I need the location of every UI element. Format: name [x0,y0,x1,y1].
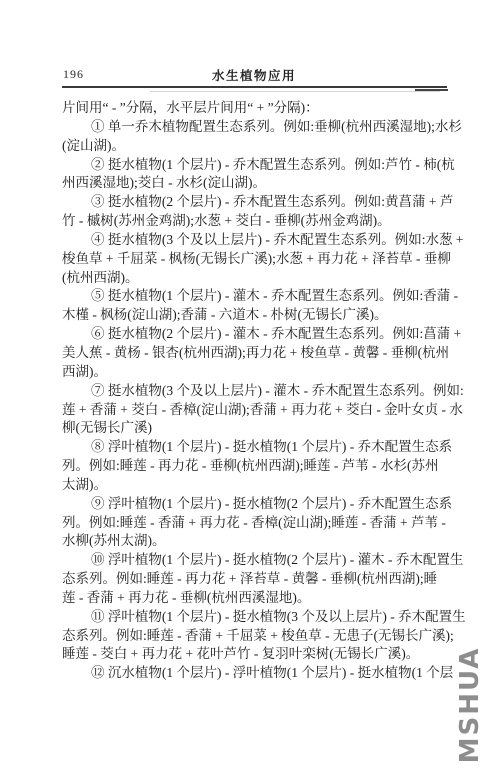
text-line: ② 挺水植物(1 个层片) - 乔木配置生态系列。例如:芦竹 - 柿(杭 [62,156,448,175]
text-line: 竹 - 槭树(苏州金鸡湖);水葱 + 茭白 - 垂柳(苏州金鸡湖)。 [62,212,448,231]
text-line: ① 单一乔木植物配置生态系列。例如:垂柳(杭州西溪湿地);水杉 [62,118,448,137]
header-title: 水生植物应用 [62,66,446,84]
text-line: ⑪ 浮叶植物(1 个层片) - 挺水植物(3 个及以上层片) - 乔木配置生 [62,608,448,627]
text-line: 水柳(苏州太湖)。 [62,532,448,551]
text-line: 列。例如:睡莲 - 再力花 - 垂柳(杭州西湖);睡莲 - 芦苇 - 水杉(苏州 [62,457,448,476]
text-line: 睡莲 - 茭白 + 再力花 + 花叶芦竹 - 复羽叶栾树(无锡长广溪)。 [62,645,448,664]
text-line: 州西溪湿地);茭白 - 水杉(淀山湖)。 [62,174,448,193]
header-divider [62,86,447,88]
text-line: ③ 挺水植物(2 个层片) - 乔木配置生态系列。例如:黄菖蒲 + 芦 [62,193,448,212]
text-line: 莲 - 香蒲 + 再力花 - 垂柳(杭州西溪湿地)。 [62,589,448,608]
text-line: 太湖)。 [62,476,448,495]
text-line: ⑫ 沉水植物(1 个层片) - 浮叶植物(1 个层片) - 挺水植物(1 个层 [62,664,448,683]
text-line: 莲 + 香蒲 + 茭白 - 香樟(淀山湖);香蒲 + 再力花 + 茭白 - 金叶… [62,401,448,420]
text-line: 梭鱼草 + 千屈菜 - 枫杨(无锡长广溪);水葱 + 再力花 + 泽苔草 - 垂… [62,250,448,269]
watermark: MSHUA [455,647,485,764]
text-line: ⑤ 挺水植物(1 个层片) - 灌木 - 乔木配置生态系列。例如:香蒲 - [62,287,448,306]
text-line: ⑥ 挺水植物(2 个层片) - 灌木 - 乔木配置生态系列。例如:菖蒲 + [62,325,448,344]
text-line: ⑦ 挺水植物(3 个及以上层片) - 灌木 - 乔木配置生态系列。例如: [62,382,448,401]
text-line: ④ 挺水植物(3 个及以上层片) - 乔木配置生态系列。例如:水葱 + [62,231,448,250]
text-line: 态系列。例如:睡莲 - 香蒲 + 千屈菜 + 梭鱼草 - 无患子(无锡长广溪); [62,627,448,646]
book-page: 196 水生植物应用 片间用“ - ”分隔，水平层片间用“ + ”分隔)：① 单… [0,0,492,770]
text-line: 片间用“ - ”分隔，水平层片间用“ + ”分隔)： [62,99,448,118]
header-divider-faint [150,91,440,92]
text-line: (杭州西湖)。 [62,269,448,288]
text-line: 西湖)。 [62,363,448,382]
text-line: ⑧ 浮叶植物(1 个层片) - 挺水植物(1 个层片) - 乔木配置生态系 [62,438,448,457]
body-text: 片间用“ - ”分隔，水平层片间用“ + ”分隔)：① 单一乔木植物配置生态系列… [62,99,448,683]
header-divider-dash [415,89,448,91]
text-line: ⑨ 浮叶植物(1 个层片) - 挺水植物(2 个层片) - 乔木配置生态系 [62,495,448,514]
text-line: 柳(无锡长广溪) [62,419,448,438]
text-line: 美人蕉 - 黄杨 - 银杏(杭州西湖);再力花 + 梭鱼草 - 黄馨 - 垂柳(… [62,344,448,363]
text-line: 态系列。例如:睡莲 - 再力花 + 泽苔草 - 黄馨 - 垂柳(杭州西湖);睡 [62,570,448,589]
text-line: ⑩ 浮叶植物(1 个层片) - 挺水植物(2 个层片) - 灌木 - 乔木配置生 [62,551,448,570]
text-line: (淀山湖)。 [62,137,448,156]
text-line: 列。例如:睡莲 - 香蒲 + 再力花 - 香樟(淀山湖);睡莲 - 香蒲 + 芦… [62,514,448,533]
text-line: 木槿 - 枫杨(淀山湖);香蒲 - 六道木 - 朴树(无锡长广溪)。 [62,306,448,325]
